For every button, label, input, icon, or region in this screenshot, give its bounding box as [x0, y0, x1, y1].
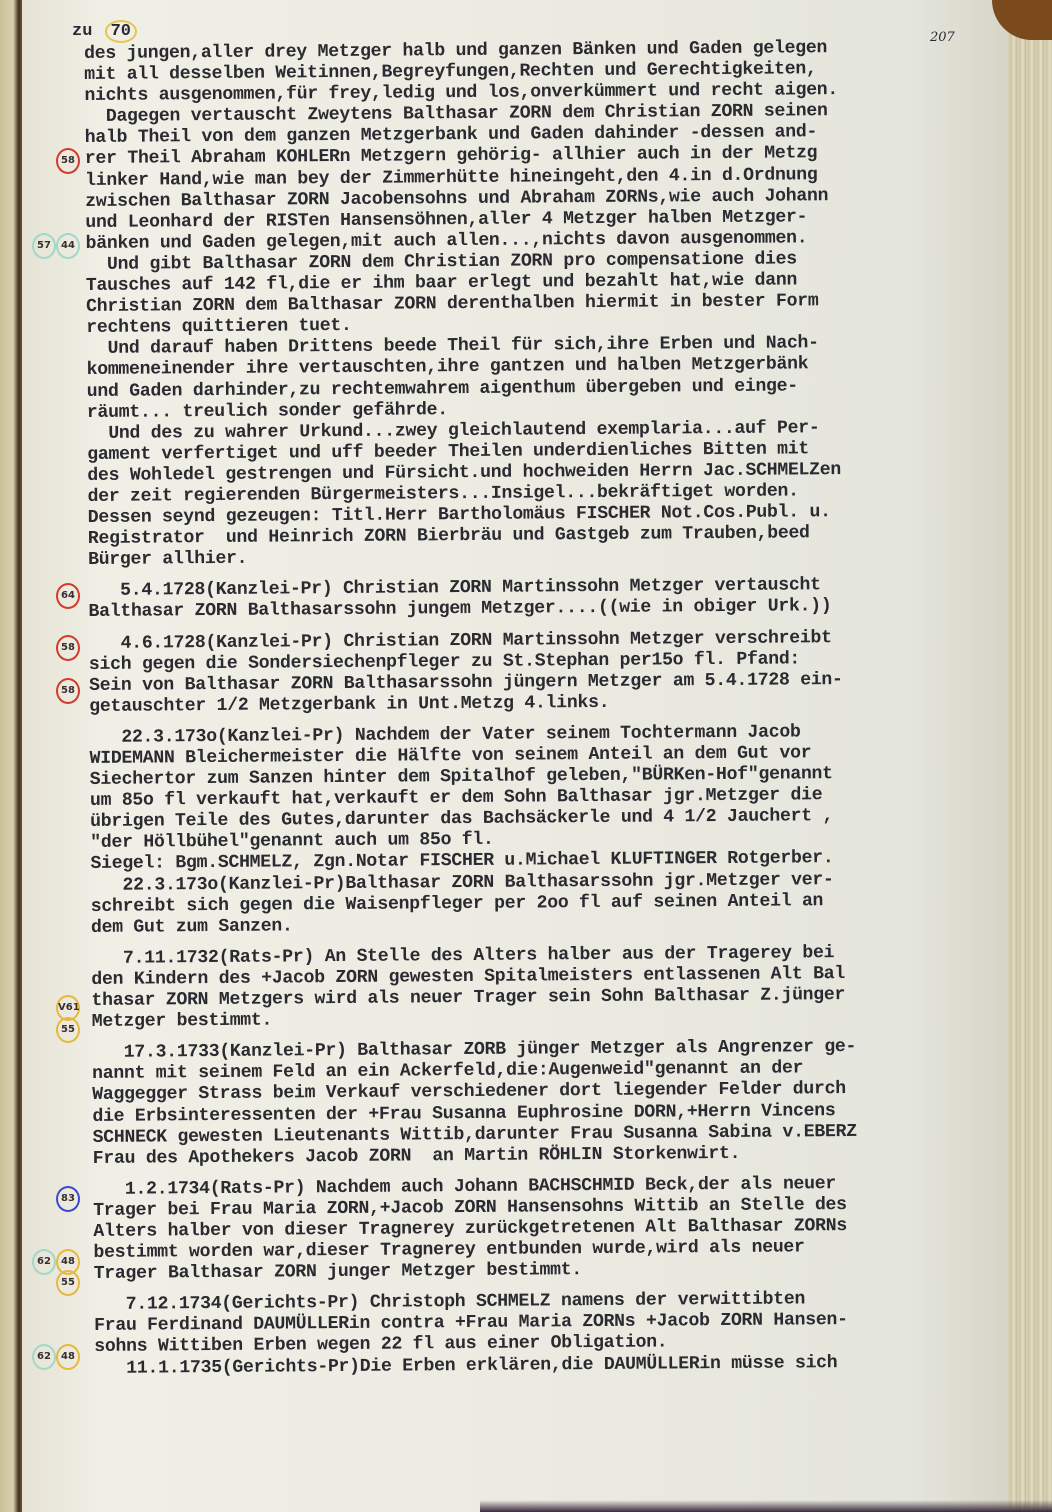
reference-number: 70 — [105, 20, 137, 43]
typed-text-body: des jungen,aller drey Metzger halb und g… — [84, 36, 1052, 1379]
margin-mark-circle: 44 — [56, 233, 80, 259]
reference-header: zu 70 — [72, 20, 137, 43]
margin-mark-circle: 83 — [56, 1186, 80, 1212]
margin-mark-circle: 58 — [56, 148, 80, 174]
margin-mark-circle: 64 — [56, 583, 80, 609]
margin-mark-circle: 58 — [56, 678, 80, 704]
book-binding-edge — [0, 0, 22, 1512]
margin-mark-circle: 62 — [32, 1249, 56, 1275]
reference-prefix: zu — [72, 22, 92, 41]
page-bottom-shadow — [480, 1500, 1052, 1512]
margin-mark-circle: 57 — [32, 233, 56, 259]
margin-mark-circle: 55 — [56, 1017, 80, 1043]
